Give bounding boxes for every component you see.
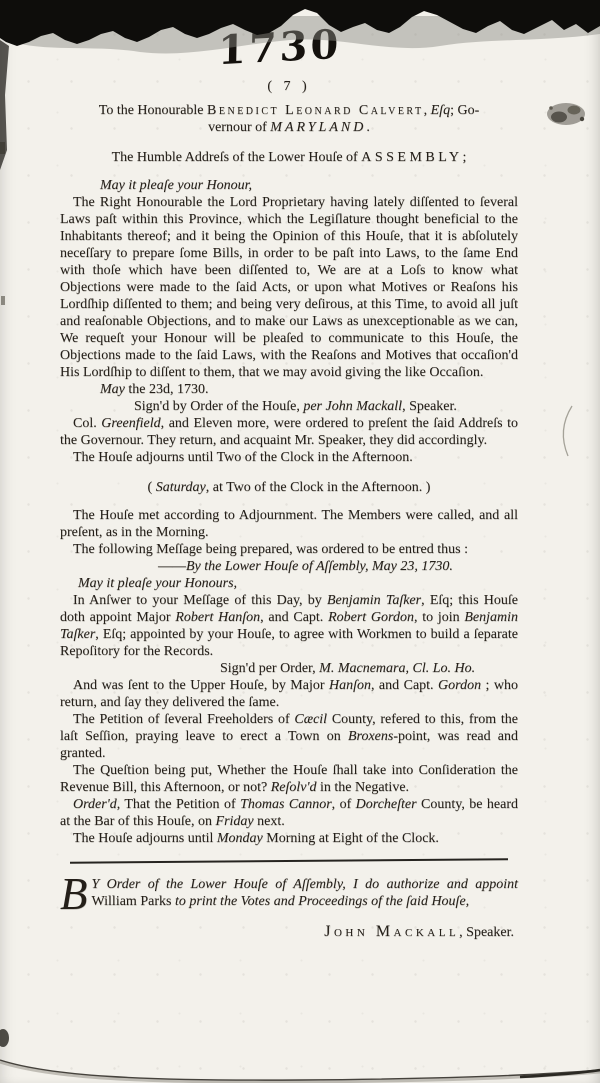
document-page: 1730 ( 7 )To the Honourable Benedict Leo… <box>0 0 600 1083</box>
text-segment: B <box>60 876 92 910</box>
text-segment: to print the Votes and Proceedings of th… <box>171 894 469 909</box>
text-segment: ; <box>463 150 467 165</box>
text-segment: Dorcheſter <box>356 797 417 812</box>
text-segment: Sign'd by Order of the Houſe, <box>134 399 303 414</box>
paragraph-house-met: The Houſe met according to Adjournment. … <box>60 507 518 541</box>
page-content: ( 7 )To the Honourable Benedict Leonard … <box>60 78 518 941</box>
text-segment: The Houſe adjourns until <box>73 831 217 846</box>
paragraph-answer: In Anſwer to your Meſſage of this Day, b… <box>60 592 518 660</box>
left-speck-1 <box>0 142 5 154</box>
text-segment: —— <box>158 559 186 574</box>
text-segment: Robert Gordon <box>328 610 414 625</box>
text-segment: The Humble Addreſs of the Lower Houſe of <box>112 150 362 165</box>
text-segment: William Parks <box>92 894 172 909</box>
speaker-signature: John Mackall, Speaker. <box>60 923 514 941</box>
text-segment: Morning at Eight of the Clock. <box>263 831 439 846</box>
text-segment: Saturday <box>156 480 206 495</box>
text-segment: Hanſon <box>329 678 371 693</box>
page-edge-bottom <box>0 1060 600 1080</box>
text-segment: , Speaker. <box>402 399 457 414</box>
text-segment: Gordon <box>438 678 481 693</box>
paragraph-greenfield: Col. Greenfield, and Eleven more, were o… <box>60 415 518 449</box>
signed-by-order-line: Sign'd by Order of the Houſe, per John M… <box>134 398 518 415</box>
paragraph-sent-upper-house: And was ſent to the Upper Houſe, by Majo… <box>60 677 518 711</box>
text-segment: To the Honourable <box>99 103 207 118</box>
signed-per-order-line: Sign'd per Order, M. Macnemara, Cl. Lo. … <box>220 660 518 677</box>
text-segment: vernour of <box>208 120 270 135</box>
text-segment: The Houſe met according to Adjournment. … <box>60 508 518 540</box>
title-line-2: vernour of MARYLAND. <box>60 119 518 136</box>
title-line-1: To the Honourable Benedict Leonard Calve… <box>60 102 518 119</box>
text-segment: Sign'd per Order, <box>220 661 319 676</box>
text-segment: the 23d, 1730. <box>125 382 209 397</box>
dateline: May the 23d, 1730. <box>100 381 518 398</box>
text-segment: , and Capt. <box>260 610 328 625</box>
saturday-session-heading: ( Saturday, at Two of the Clock in the A… <box>60 479 518 496</box>
printer-authorization: BY Order of the Lower Houſe of Aſſembly,… <box>60 876 518 910</box>
salutation-2: May it pleaſe your Honours, <box>78 575 518 592</box>
divider-rule <box>70 858 508 863</box>
page-edge-bottom-soft <box>0 1062 600 1082</box>
text-segment: Cæcil <box>294 712 327 727</box>
text-segment: . <box>366 120 370 135</box>
text-segment: , Eſq; appointed by your Houſe, to agree… <box>60 627 518 659</box>
text-segment: , to join <box>414 610 464 625</box>
text-segment: ; Go- <box>450 103 479 118</box>
message-heading: ——By the Lower Houſe of Aſſembly, May 23… <box>158 558 518 575</box>
text-segment: in the Negative. <box>317 780 410 795</box>
text-segment: Y Order of the Lower Houſe of Aſſembly, … <box>92 877 519 892</box>
address-paragraph: The Right Honourable the Lord Proprietar… <box>60 194 518 381</box>
text-segment: In Anſwer to your Meſſage of this Day, b… <box>73 593 327 608</box>
salutation: May it pleaſe your Honour, <box>100 177 518 194</box>
address-heading: The Humble Addreſs of the Lower Houſe of… <box>60 149 518 166</box>
text-segment: ( <box>148 480 156 495</box>
text-segment: ( 7 ) <box>267 79 310 94</box>
text-segment: MARYLAND <box>270 120 366 135</box>
text-segment: per John Mackall <box>303 399 402 414</box>
text-segment: Reſolv'd <box>271 780 317 795</box>
text-segment: Thomas Cannor <box>240 797 332 812</box>
adjourn-afternoon: The Houſe adjourns until Two of the Cloc… <box>60 449 518 466</box>
text-segment: next. <box>254 814 285 829</box>
text-segment: And was ſent to the Upper Houſe, by Majo… <box>73 678 329 693</box>
text-segment: , of <box>332 797 356 812</box>
text-segment: , Speaker. <box>459 925 514 940</box>
adjourn-monday: The Houſe adjourns until Monday Morning … <box>60 830 518 847</box>
paragraph-order-cannor: Order'd, That the Petition of Thomas Can… <box>60 796 518 830</box>
page-number: ( 7 ) <box>60 78 518 95</box>
text-segment: ASSEMBLY <box>361 150 462 165</box>
text-segment: Benjamin Taſker <box>327 593 421 608</box>
text-segment: The Petition of ſeveral Freeholders of <box>73 712 294 727</box>
stray-pen-mark <box>563 406 572 456</box>
text-segment: , That the Petition of <box>117 797 240 812</box>
paragraph-petition-caecil: The Petition of ſeveral Freeholders of C… <box>60 711 518 762</box>
text-segment: Robert Hanſon <box>175 610 260 625</box>
text-segment: Broxens <box>348 729 393 744</box>
text-segment: The Houſe adjourns until Two of the Cloc… <box>73 450 413 465</box>
left-speck-2 <box>1 296 5 305</box>
ink-stain <box>547 103 585 125</box>
paragraph-revenue-question: The Queſtion being put, Whether the Houſ… <box>60 762 518 796</box>
left-edge-streak <box>0 40 9 170</box>
text-segment: Order'd <box>73 797 117 812</box>
text-segment: Eſq <box>431 103 450 118</box>
text-segment: Col. <box>73 416 101 431</box>
handwritten-year: 1730 <box>218 21 342 75</box>
text-segment: M. Macnemara, Cl. Lo. Ho. <box>319 661 475 676</box>
text-segment: , and Capt. <box>371 678 438 693</box>
text-segment: May it pleaſe your Honours, <box>78 576 237 591</box>
text-segment: , at Two of the Clock in the Afternoon. … <box>206 480 431 495</box>
text-segment: Benedict Leonard Calvert <box>207 103 424 118</box>
text-segment: The following Meſſage being prepared, wa… <box>73 542 468 557</box>
text-segment: Monday <box>217 831 263 846</box>
left-speck-3 <box>0 1029 9 1047</box>
text-segment: May it pleaſe your Honour, <box>100 178 252 193</box>
text-segment: By the Lower Houſe of Aſſembly, May 23, … <box>186 559 453 574</box>
paragraph-message-prepared: The following Meſſage being prepared, wa… <box>60 541 518 558</box>
text-segment: May <box>100 382 125 397</box>
text-segment: John Mackall <box>324 923 459 940</box>
text-segment: The Right Honourable the Lord Proprietar… <box>60 195 518 380</box>
text-segment: Friday <box>216 814 254 829</box>
text-segment: , <box>424 103 431 118</box>
text-segment: Greenfield <box>101 416 160 431</box>
page-edge-bottom-right-dark <box>520 1070 600 1077</box>
